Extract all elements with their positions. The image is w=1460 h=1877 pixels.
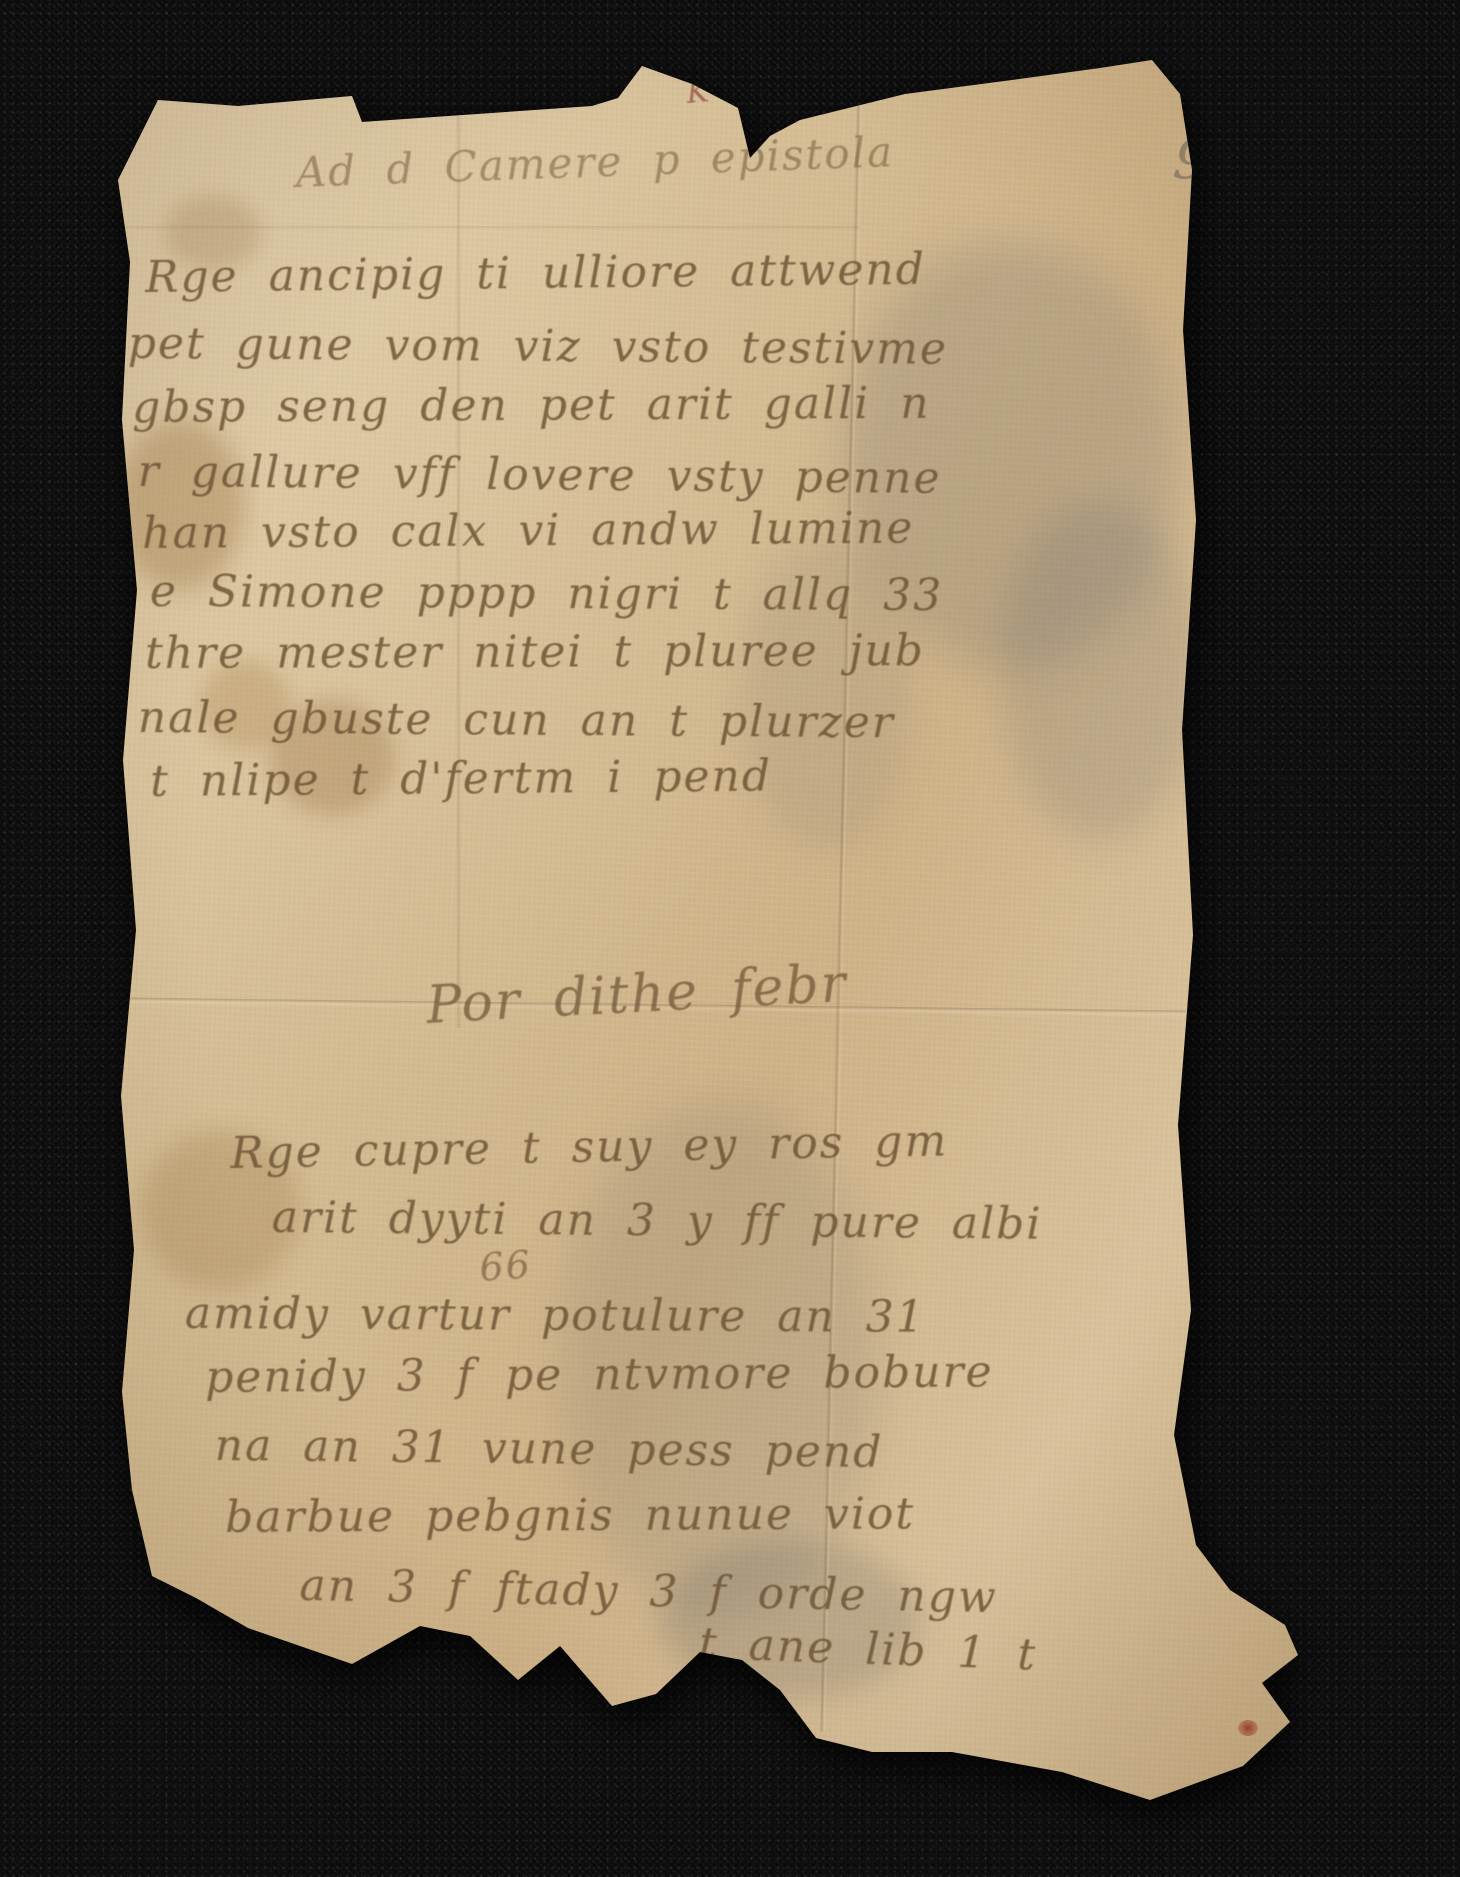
manuscript-sheet: K 2915/12 98 Ad d Camere p epistola Rge … [0, 0, 1460, 1877]
torn-paper-silhouette: K 2915/12 98 Ad d Camere p epistola Rge … [0, 0, 1460, 1877]
edge-aging-vignette [0, 0, 1460, 1877]
